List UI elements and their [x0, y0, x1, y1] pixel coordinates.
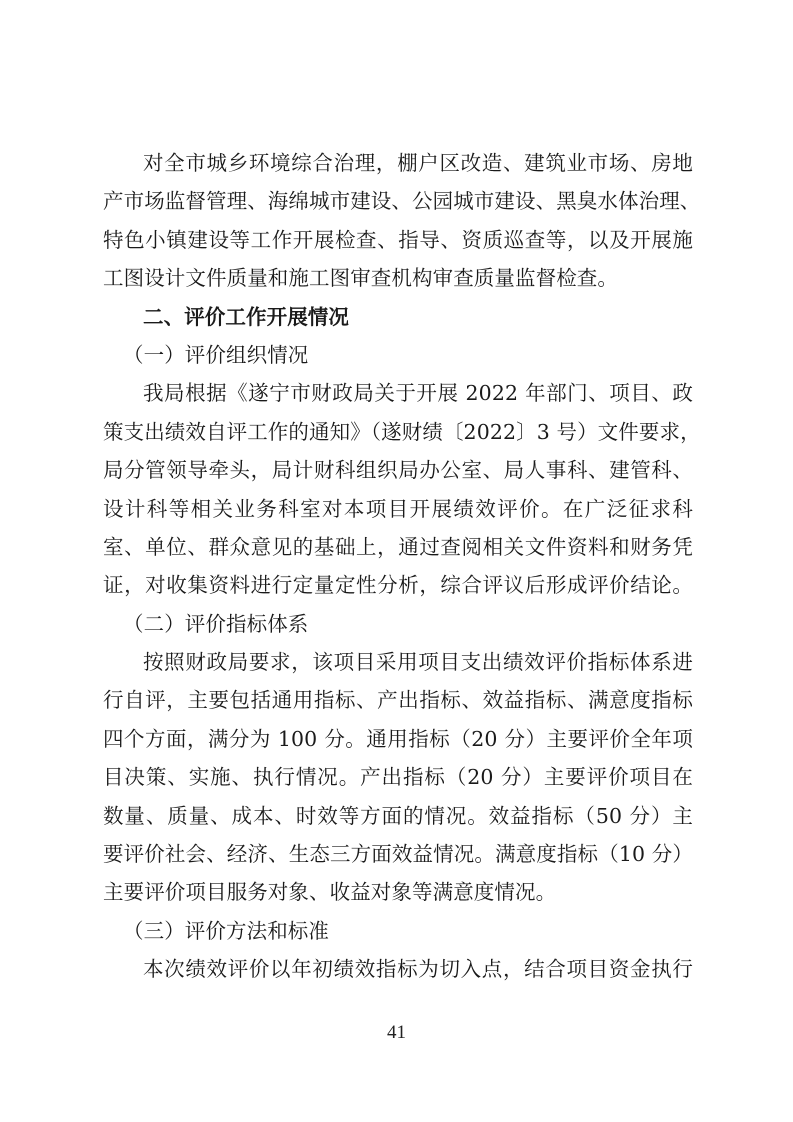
text-line: 特色小镇建设等工作开展检查、指导、资质巡查等，以及开展施: [103, 221, 693, 259]
text-line: 本次绩效评价以年初绩效指标为切入点，结合项目资金执行: [103, 950, 693, 988]
text-line: 数量、质量、成本、时效等方面的情况。效益指标（50 分）主: [103, 797, 693, 835]
paragraph-evaluation-method: 本次绩效评价以年初绩效指标为切入点，结合项目资金执行: [103, 950, 693, 988]
text-line: 我局根据《遂宁市财政局关于开展 2022 年部门、项目、政: [103, 374, 693, 412]
text-line: 目决策、实施、执行情况。产出指标（20 分）主要评价项目在: [103, 758, 693, 796]
text-line: 按照财政局要求，该项目采用项目支出绩效评价指标体系进: [103, 643, 693, 681]
text-line: 对全市城乡环境综合治理，棚户区改造、建筑业市场、房地: [103, 144, 693, 182]
text-line: 证，对收集资料进行定量定性分析，综合评议后形成评价结论。: [103, 566, 693, 604]
text-line: 行自评，主要包括通用指标、产出指标、效益指标、满意度指标: [103, 681, 693, 719]
text-line: 策支出绩效自评工作的通知》（遂财绩〔2022〕3 号）文件要求，: [103, 413, 693, 451]
text-line: 产市场监督管理、海绵城市建设、公园城市建设、黑臭水体治理、: [103, 182, 693, 220]
paragraph-scope-of-work: 对全市城乡环境综合治理，棚户区改造、建筑业市场、房地 产市场监督管理、海绵城市建…: [103, 144, 693, 298]
text-line: 局分管领导牵头，局计财科组织局办公室、局人事科、建管科、: [103, 451, 693, 489]
text-line: 工图设计文件质量和施工图审查机构审查质量监督检查。: [103, 259, 693, 297]
page-number: 41: [0, 1022, 793, 1044]
document-page: 对全市城乡环境综合治理，棚户区改造、建筑业市场、房地 产市场监督管理、海绵城市建…: [103, 144, 693, 989]
section-heading-evaluation-work: 二、评价工作开展情况: [103, 298, 693, 336]
subheading-evaluation-organization: （一）评价组织情况: [103, 336, 693, 374]
text-line: 四个方面，满分为 100 分。通用指标（20 分）主要评价全年项: [103, 720, 693, 758]
paragraph-indicator-system: 按照财政局要求，该项目采用项目支出绩效评价指标体系进 行自评，主要包括通用指标、…: [103, 643, 693, 912]
text-line: 要评价社会、经济、生态三方面效益情况。满意度指标（10 分）: [103, 835, 693, 873]
paragraph-evaluation-organization: 我局根据《遂宁市财政局关于开展 2022 年部门、项目、政 策支出绩效自评工作的…: [103, 374, 693, 604]
subheading-indicator-system: （二）评价指标体系: [103, 605, 693, 643]
text-line: 主要评价项目服务对象、收益对象等满意度情况。: [103, 873, 693, 911]
subheading-evaluation-method: （三）评价方法和标准: [103, 912, 693, 950]
text-line: 设计科等相关业务科室对本项目开展绩效评价。在广泛征求科: [103, 490, 693, 528]
text-line: 室、单位、群众意见的基础上，通过查阅相关文件资料和财务凭: [103, 528, 693, 566]
